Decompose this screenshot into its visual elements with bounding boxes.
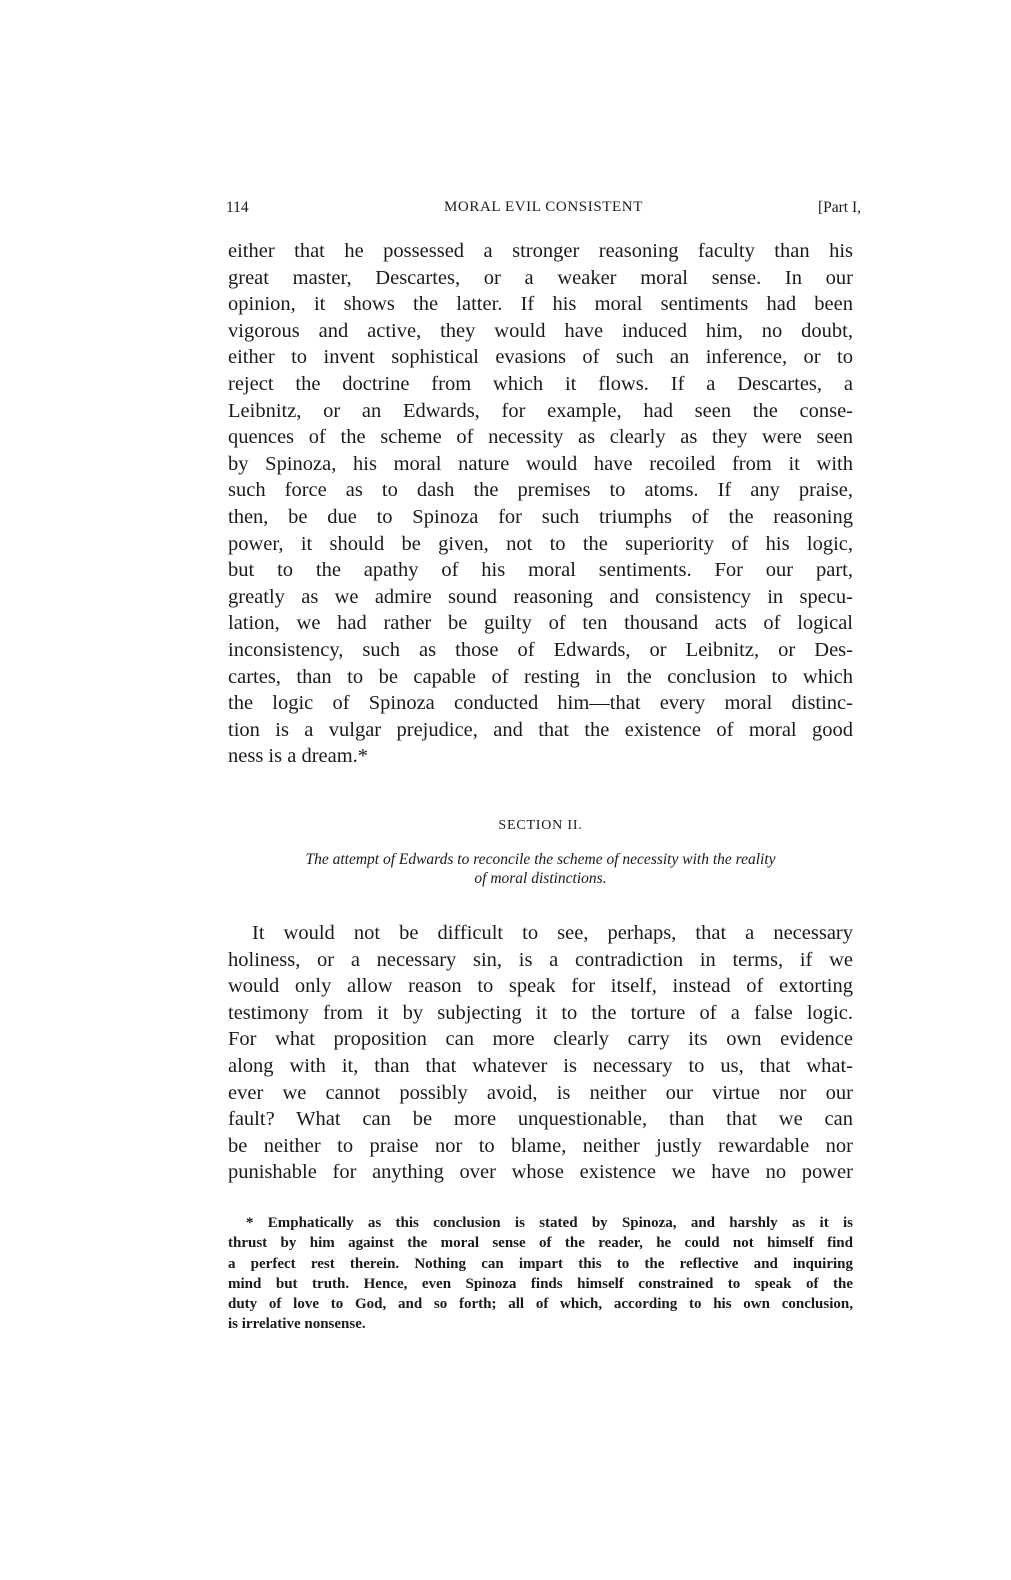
footnote-line: duty of love to God, and so forth; all o… (228, 1294, 853, 1314)
footnote-line: is irrelative nonsense. (228, 1314, 853, 1334)
text-line: fault? What can be more unquestionable, … (228, 1106, 853, 1133)
text-line: either that he possessed a stronger reas… (228, 238, 853, 265)
text-line: ever we cannot possibly avoid, is neithe… (228, 1080, 853, 1107)
text-line: opinion, it shows the latter. If his mor… (228, 291, 853, 318)
section-subtitle: The attempt of Edwards to reconcile the … (228, 850, 853, 888)
section-heading: SECTION II. (228, 818, 853, 834)
running-title: MORAL EVIL CONSISTENT (226, 199, 861, 216)
running-header: 114 MORAL EVIL CONSISTENT [Part I, (226, 199, 861, 221)
text-line: For what proposition can more clearly ca… (228, 1026, 853, 1053)
text-line: inconsistency, such as those of Edwards,… (228, 637, 853, 664)
text-line: but to the apathy of his moral sentiment… (228, 557, 853, 584)
footnote: * Emphatically as this conclusion is sta… (228, 1213, 853, 1335)
text-line: by Spinoza, his moral nature would have … (228, 451, 853, 478)
text-line: tion is a vulgar prejudice, and that the… (228, 717, 853, 744)
text-line: ness is a dream.* (228, 743, 853, 770)
part-label: [Part I, (818, 199, 861, 217)
text-line: greatly as we admire sound reasoning and… (228, 584, 853, 611)
text-line: the logic of Spinoza conducted him—that … (228, 690, 853, 717)
text-line: be neither to praise nor to blame, neith… (228, 1133, 853, 1160)
text-line: It would not be difficult to see, perhap… (228, 920, 853, 947)
text-line: holiness, or a necessary sin, is a contr… (228, 947, 853, 974)
text-line: lation, we had rather be guilty of ten t… (228, 610, 853, 637)
footnote-line: mind but truth. Hence, even Spinoza find… (228, 1274, 853, 1294)
text-line: either to invent sophistical evasions of… (228, 344, 853, 371)
text-line: quences of the scheme of necessity as cl… (228, 424, 853, 451)
text-line: vigorous and active, they would have ind… (228, 318, 853, 345)
section-subtitle-line: The attempt of Edwards to reconcile the … (228, 850, 853, 869)
paragraph-section-ii: It would not be difficult to see, perhap… (228, 920, 853, 1186)
text-line: reject the doctrine from which it flows.… (228, 371, 853, 398)
text-line: testimony from it by subjecting it to th… (228, 1000, 853, 1027)
footnote-line: * Emphatically as this conclusion is sta… (228, 1213, 853, 1233)
footnote-line: a perfect rest therein. Nothing can impa… (228, 1254, 853, 1274)
footnote-line: thrust by him against the moral sense of… (228, 1233, 853, 1253)
text-line: power, it should be given, not to the su… (228, 531, 853, 558)
text-line: cartes, than to be capable of resting in… (228, 664, 853, 691)
text-line: would only allow reason to speak for its… (228, 973, 853, 1000)
section-subtitle-line: of moral distinctions. (228, 869, 853, 888)
paragraph-continued: either that he possessed a stronger reas… (228, 238, 853, 770)
text-line: then, be due to Spinoza for such triumph… (228, 504, 853, 531)
text-line: Leibnitz, or an Edwards, for example, ha… (228, 398, 853, 425)
book-page: 114 MORAL EVIL CONSISTENT [Part I, eithe… (0, 0, 1011, 1580)
text-line: such force as to dash the premises to at… (228, 477, 853, 504)
text-line: great master, Descartes, or a weaker mor… (228, 265, 853, 292)
text-line: punishable for anything over whose exist… (228, 1159, 853, 1186)
text-line: along with it, than that whatever is nec… (228, 1053, 853, 1080)
